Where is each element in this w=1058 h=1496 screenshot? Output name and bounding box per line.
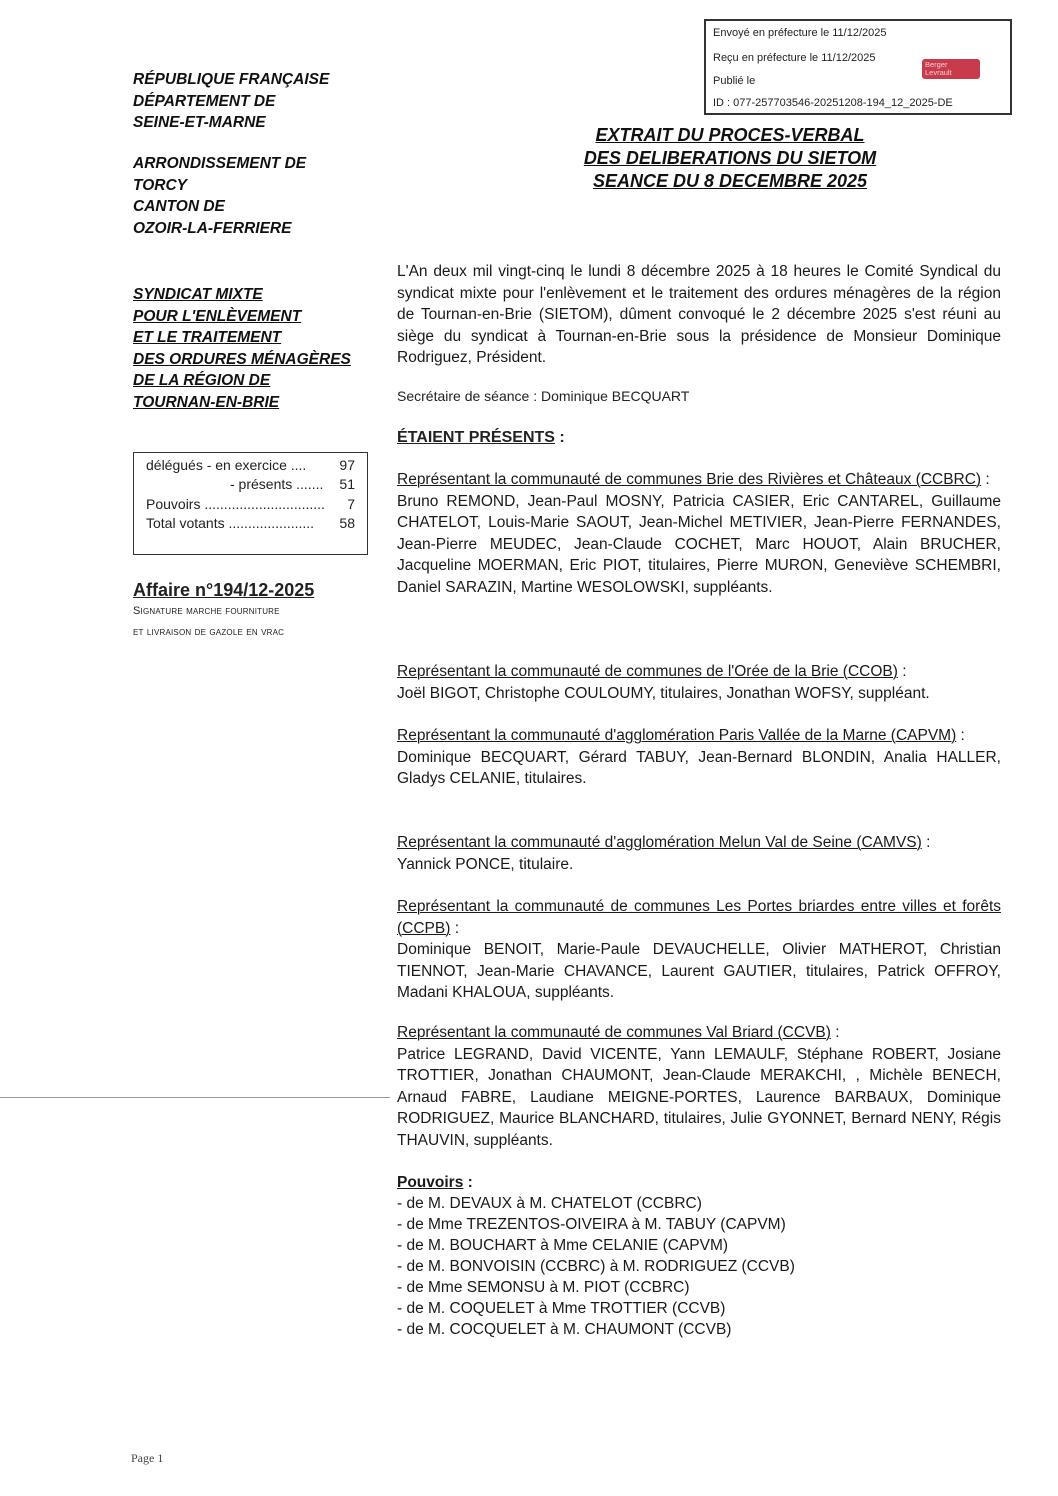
affaire-subject-line-2: et livraison de gazole en vrac <box>133 626 284 638</box>
header-line: SYNDICAT MIXTE <box>133 284 351 306</box>
header-line: POUR L'ENLÈVEMENT <box>133 306 351 328</box>
header-line: SEINE-ET-MARNE <box>133 112 329 134</box>
stamp-id: ID : 077-257703546-20251208-194_12_2025-… <box>713 97 953 109</box>
colon: : <box>898 663 907 680</box>
vote-label-en-exercice: délégués - en exercice .... <box>146 457 306 473</box>
pouvoirs-heading-text: Pouvoirs <box>397 1174 463 1191</box>
colon: : <box>922 834 931 851</box>
group-ccbrc: Représentant la communauté de communes B… <box>397 469 1001 598</box>
pouvoir-item: - de M. BONVOISIN (CCBRC) à M. RODRIGUEZ… <box>397 1256 795 1277</box>
group-heading: Représentant la communauté de communes V… <box>397 1024 831 1041</box>
group-heading: Représentant la communauté de communes B… <box>397 471 981 488</box>
prefecture-stamp: Envoyé en préfecture le 11/12/2025 Reçu … <box>704 19 1012 115</box>
colon: : <box>463 1174 472 1191</box>
header-line: RÉPUBLIQUE FRANÇAISE <box>133 69 329 91</box>
vote-value-presents: 51 <box>339 476 355 492</box>
stamp-sent: Envoyé en préfecture le 11/12/2025 <box>713 27 886 39</box>
vote-value-total: 58 <box>339 515 355 531</box>
header-line: ET LE TRAITEMENT <box>133 327 351 349</box>
pouvoirs-section: Pouvoirs : - de M. DEVAUX à M. CHATELOT … <box>397 1172 795 1340</box>
affaire-number: Affaire n°194/12-2025 <box>133 580 314 601</box>
pouvoir-item: - de M. COCQUELET à M. CHAUMONT (CCVB) <box>397 1319 795 1340</box>
group-members: Bruno REMOND, Jean-Paul MOSNY, Patricia … <box>397 493 1001 596</box>
header-line: OZOIR-LA-FERRIERE <box>133 218 306 240</box>
colon: : <box>450 920 459 937</box>
group-ccvb: Représentant la communauté de communes V… <box>397 1022 1001 1151</box>
vote-value-pouvoirs: 7 <box>347 496 355 512</box>
colon: : <box>956 727 965 744</box>
vote-label-pouvoirs: Pouvoirs ............................... <box>146 496 325 512</box>
header-line: ARRONDISSEMENT DE <box>133 153 306 175</box>
title-line: DES DELIBERATIONS DU SIETOM <box>560 147 900 170</box>
group-members: Dominique BENOIT, Marie-Paule DEVAUCHELL… <box>397 941 1001 1001</box>
group-camvs: Représentant la communauté d'agglomérati… <box>397 832 1001 875</box>
berger-levrault-logo: Berger Levrault <box>922 59 980 79</box>
colon: : <box>831 1024 840 1041</box>
vote-count-box: délégués - en exercice .... 97 - présent… <box>133 452 368 555</box>
pouvoir-item: - de Mme TREZENTOS-OIVEIRA à M. TABUY (C… <box>397 1214 795 1235</box>
header-arrondissement: ARRONDISSEMENT DE TORCY CANTON DE OZOIR-… <box>133 153 306 239</box>
group-heading: Représentant la communauté d'agglomérati… <box>397 727 956 744</box>
header-line: DE LA RÉGION DE <box>133 370 351 392</box>
vote-label-total: Total votants ...................... <box>146 515 314 531</box>
header-line: DÉPARTEMENT DE <box>133 91 329 113</box>
vote-value-en-exercice: 97 <box>339 457 355 473</box>
pouvoir-item: - de Mme SEMONSU à M. PIOT (CCBRC) <box>397 1277 795 1298</box>
intro-paragraph: L'An deux mil vingt-cinq le lundi 8 déce… <box>397 261 1001 369</box>
group-members: Dominique BECQUART, Gérard TABUY, Jean-B… <box>397 749 1001 788</box>
page-number: Page 1 <box>131 1451 163 1466</box>
header-line: CANTON DE <box>133 196 306 218</box>
document-title: EXTRAIT DU PROCES-VERBAL DES DELIBERATIO… <box>560 124 900 193</box>
pouvoir-item: - de M. COQUELET à Mme TROTTIER (CCVB) <box>397 1298 795 1319</box>
colon: : <box>981 471 990 488</box>
logo-text-2: Levrault <box>925 69 980 77</box>
group-members: Patrice LEGRAND, David VICENTE, Yann LEM… <box>397 1046 1001 1149</box>
presents-heading-text: ÉTAIENT PRÉSENTS <box>397 429 555 446</box>
title-line: EXTRAIT DU PROCES-VERBAL <box>560 124 900 147</box>
title-line: SEANCE DU 8 DECEMBRE 2025 <box>560 170 900 193</box>
group-members: Yannick PONCE, titulaire. <box>397 856 573 873</box>
header-line: TOURNAN-EN-BRIE <box>133 392 351 414</box>
group-heading: Représentant la communauté d'agglomérati… <box>397 834 922 851</box>
group-heading: Représentant la communauté de communes L… <box>397 898 1001 937</box>
presents-heading: ÉTAIENT PRÉSENTS : <box>397 429 565 447</box>
stamp-received: Reçu en préfecture le 11/12/2025 <box>713 52 875 64</box>
group-ccpb: Représentant la communauté de communes L… <box>397 896 1001 1004</box>
pouvoirs-heading: Pouvoirs : <box>397 1172 795 1193</box>
stamp-published: Publié le <box>713 75 755 87</box>
colon: : <box>555 429 565 446</box>
secretaire-de-seance: Secrétaire de séance : Dominique BECQUAR… <box>397 388 689 404</box>
pouvoir-item: - de M. DEVAUX à M. CHATELOT (CCBRC) <box>397 1193 795 1214</box>
vote-label-presents: - présents ....... <box>230 476 323 492</box>
group-ccob: Représentant la communauté de communes d… <box>397 661 1001 704</box>
group-heading: Représentant la communauté de communes d… <box>397 663 898 680</box>
group-members: Joël BIGOT, Christophe COULOUMY, titulai… <box>397 685 930 702</box>
affaire-subject-line-1: Signature marche fourniture <box>133 605 280 617</box>
header-line: DES ORDURES MÉNAGÈRES <box>133 349 351 371</box>
header-republique: RÉPUBLIQUE FRANÇAISE DÉPARTEMENT DE SEIN… <box>133 69 329 134</box>
scan-artifact-line <box>0 1097 390 1098</box>
header-syndicat: SYNDICAT MIXTE POUR L'ENLÈVEMENT ET LE T… <box>133 284 351 413</box>
header-line: TORCY <box>133 175 306 197</box>
pouvoir-item: - de M. BOUCHART à Mme CELANIE (CAPVM) <box>397 1235 795 1256</box>
group-capvm: Représentant la communauté d'agglomérati… <box>397 725 1001 790</box>
